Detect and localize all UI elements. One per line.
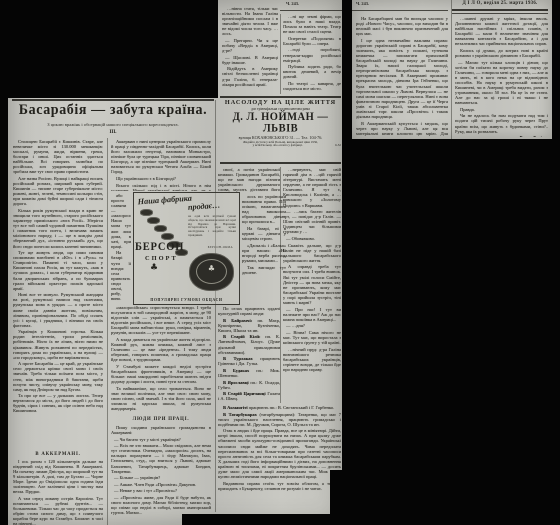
col1-section-header: В АККЕРМАНІ.: [13, 452, 103, 457]
col2-strip-text: або просто славяни — «малороси». Наша мо…: [111, 193, 131, 302]
col2-col3-rule: [215, 100, 216, 512]
neuman-ad-bottom-rule: [220, 162, 341, 164]
headline-top-rule: [12, 99, 214, 101]
col2-section-header: ЛЮДИ ПРИ ПРАЦІ.: [111, 417, 211, 422]
author-signature: Роман Голіян.: [455, 135, 548, 137]
article-subtitle: З циклю вражінь і обсервацій нашого спец…: [12, 122, 214, 127]
berson-brand: БЕРСОН: [135, 241, 184, 253]
rubber-heel-icon: ♣: [189, 253, 234, 291]
neuman-ad-note2-text: у всій Польщі, або оплата у фабриці.: [253, 143, 303, 147]
col4-top-text: …ні ще земні фірми, що лись були в наші …: [283, 14, 341, 94]
neuman-ad-slogan: НАСОЛОДУ НА ЦІЛЕ ЖИТТЯ: [220, 99, 341, 106]
heel-icon: [147, 217, 160, 224]
club-icon: ♣: [150, 263, 158, 273]
col3-list-text: По селах працюють оддані культурній спра…: [218, 306, 280, 403]
neuman-ad-name: Д. Л. НОЙМАН — ЛЬВІВ: [220, 111, 341, 134]
right-col1-text: На Басарабщині мав би вигляди часопис у …: [356, 16, 448, 137]
left-page: Ч. 243. …нівна статя, тільки час вільнос…: [8, 0, 342, 525]
masthead-rule-2: [452, 13, 548, 14]
col2-text-3: Пишу сходини українського громадянства в…: [111, 425, 211, 525]
col4-text: …нервують, має свій гарячий дім в …цій г…: [283, 167, 341, 403]
neuman-ad-subslogan: дає тріюмфальна сталева нютова рама: [220, 107, 341, 111]
right-page-number: Ч. 243.: [356, 1, 369, 6]
col3-locality-list: В Байрамчі: пп. Маєр, Кушніренко, Кузніч…: [218, 318, 280, 403]
masthead-rule-1: [452, 9, 548, 11]
left-page-number: Ч. 243.: [286, 1, 299, 6]
right-col1-top-rule: [352, 10, 448, 11]
right-page: Ч. 243. Д І Л О, неділя 25. марта 1936. …: [352, 0, 552, 139]
wide-bottom-text: В Акмангіті працюють пп.: В. Свєтанський…: [218, 405, 341, 512]
right-col2-text: …шанні дружні у мріях, інколи вволь. Доп…: [455, 16, 548, 137]
col3-col4-rule-top: [280, 14, 281, 94]
col1-text-2: І ось разом з 120 кільометрів дальше на …: [13, 459, 103, 525]
club-icon: ♣: [189, 264, 234, 273]
col1-text: Столицею Басарабії є Кишинів. Старе, але…: [13, 139, 103, 451]
berson-ad: Наша фабрика продає… не одні всіх відтін…: [133, 192, 240, 305]
article-headline: Басарабія — забута країна.: [12, 102, 214, 119]
heel-icon: [140, 209, 153, 216]
berson-okma-label: БЕРСОН-ОКМА: [208, 245, 233, 249]
col4-top-rule: [280, 10, 342, 11]
col3-strip-text: лось по українськи виховання прямо. Під …: [242, 194, 286, 302]
newspaper-scan: Ч. 243. …нівна статя, тільки час вільнос…: [0, 0, 560, 525]
masthead: Д І Л О, неділя 25. марта 1936.: [452, 1, 548, 6]
col1-col2-rule: [107, 138, 108, 525]
col3-list-intro: По селах працюють оддані культурній спра…: [218, 306, 280, 316]
berson-caption: ПОПУЛЯРНІ ГУМОВІ ОБЦАСИ: [134, 298, 239, 302]
article-part-number: III.: [12, 130, 214, 135]
right-col2-paragraphs: …шанні дружні у мріях, інколи вволь. Доп…: [455, 16, 548, 134]
neuman-ad-address: вулиця КОХАНОВСЬКОГО 31. — Тел. 104-76.: [220, 135, 341, 140]
right-col-divider-rule: [451, 0, 452, 139]
neuman-ad-note2: у всій Польщі, або оплата у фабриці. 6-5…: [220, 144, 341, 148]
scan-void-top-left: [0, 0, 218, 98]
scan-void-bottom: [182, 514, 342, 525]
col2-text: Аккерман є нині центром українського про…: [111, 139, 211, 191]
neuman-ad-top-rule: [220, 96, 341, 98]
neuman-ad: НАСОЛОДУ НА ЦІЛЕ ЖИТТЯ дає тріюмфальна с…: [220, 96, 341, 164]
col3-top-text: …нівна статя, тільки час вільности. На І…: [222, 6, 278, 94]
heel-icon: [154, 225, 167, 232]
col3-mid-text: своєї, а потім української книжки. Грома…: [218, 167, 280, 192]
neuman-ad-code: 6-52: [335, 144, 341, 148]
berson-brand2: СПОРТ: [145, 255, 178, 262]
berson-ad-side-text: не одні всіх відтіней гумові обцаси, що …: [188, 215, 236, 238]
col2-text-2: «малоросійське» спростовується всюди. І …: [111, 305, 211, 415]
heel-icon: [161, 233, 174, 240]
